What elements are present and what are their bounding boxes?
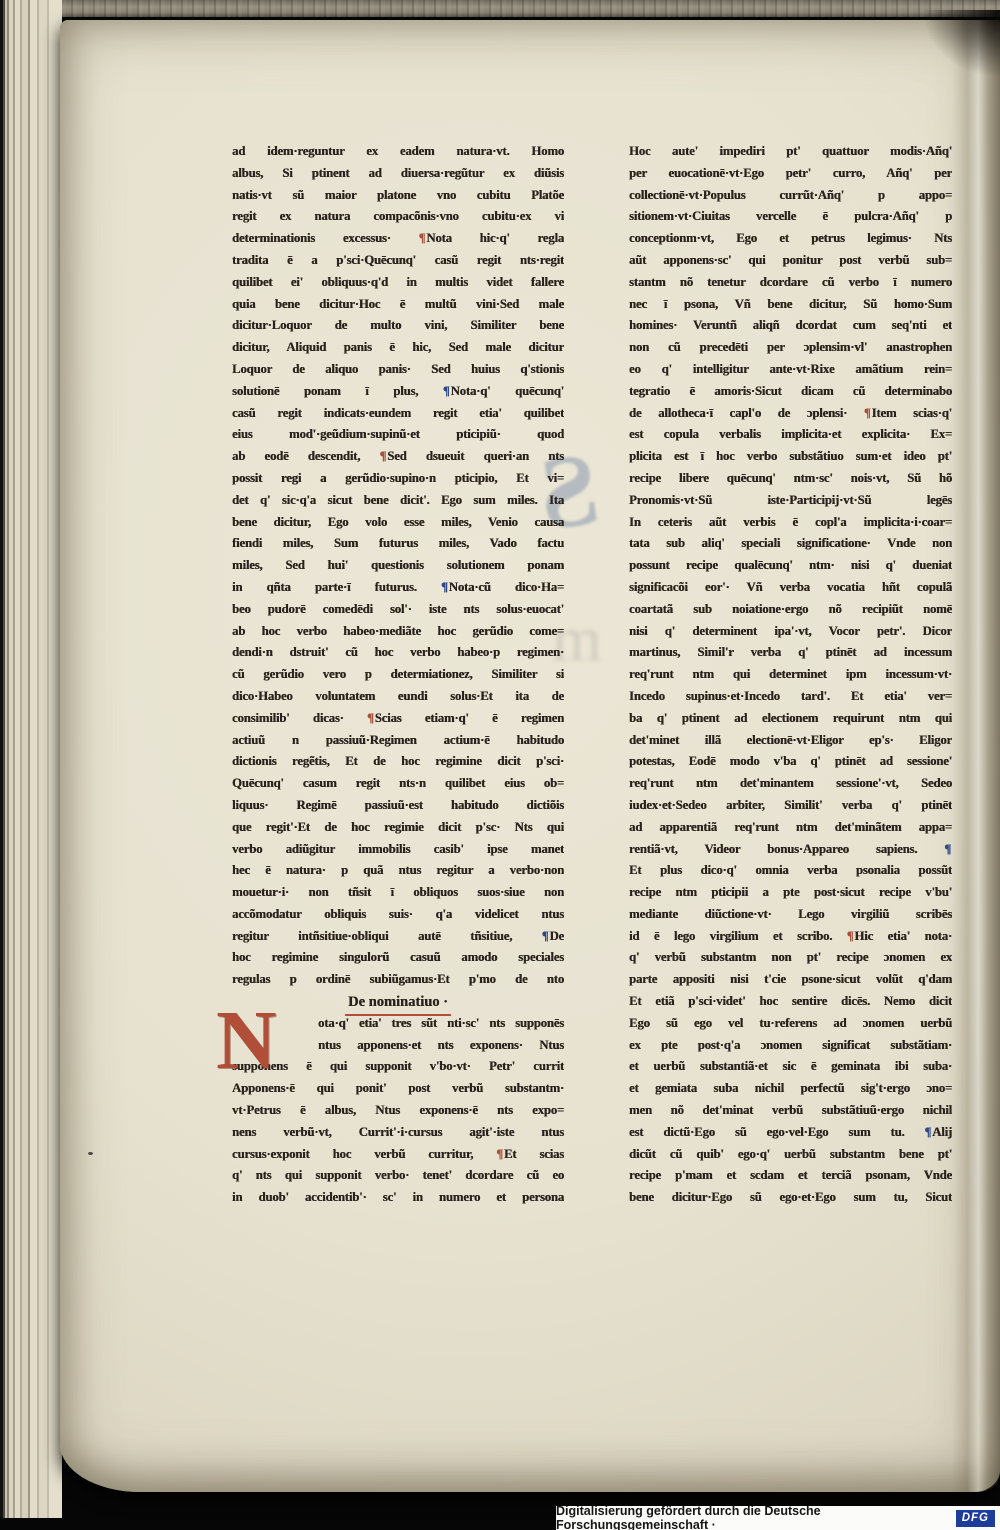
text-line: dicitur·Loquor de multo vini, Similiter …: [232, 315, 564, 337]
text-line: nisi q' determinent ipa'·vt, Vocor petr'…: [629, 621, 952, 643]
text-line: det q' sic·q'a sicut bene dicit'. Ego su…: [232, 490, 564, 512]
text-line: tegratio ē amoris·Sicut dicam cũ determi…: [629, 381, 952, 403]
text-line: quia bene dicitur·Hoc ē multũ vini·Sed m…: [232, 294, 564, 316]
text-line: mouetur·i· non tñsit ī obliquos suos·siu…: [232, 882, 564, 904]
text-line: et uerbũ substantiã·et sic ē geminata ib…: [629, 1056, 952, 1078]
text-line: plicita est ī hoc verbo substãtiuo sum·e…: [629, 446, 952, 468]
text-line: homines· Veruntñ aliqñ dcordat cum seq'n…: [629, 315, 952, 337]
right-column-lines: Hoc aute' impediri pt' quattuor modis·Añ…: [629, 141, 952, 1209]
gutter-fold: [952, 20, 1000, 1492]
illuminated-initial: N: [216, 1005, 308, 1077]
text-line: ba q' ptinent ad electionem requirunt nt…: [629, 708, 952, 730]
text-line: que regit'·Et de hoc regimie dicit p'sc·…: [232, 817, 564, 839]
funding-credit-text: Digitalisierung gefördert durch die Deut…: [556, 1504, 949, 1530]
text-line: consimilib' dicas· ¶Scias etiam·q' ē reg…: [232, 708, 564, 730]
dfg-logo: DFG: [956, 1510, 995, 1527]
text-line: Hoc aute' impediri pt' quattuor modis·Añ…: [629, 141, 952, 163]
text-line: Incedo supinus·et·Incedo tard'. Et etia'…: [629, 686, 952, 708]
blue-pilcrow: ¶: [924, 1125, 932, 1139]
text-line: parte appositi nisi t'cie psone·sicut vo…: [629, 969, 952, 991]
blue-pilcrow: ¶: [542, 929, 550, 943]
manuscript-page: S m ad idem·reguntur ex eadem natura·vt.…: [60, 20, 1000, 1492]
text-line: Apponens·ē qui ponit' post verbũ substan…: [232, 1078, 564, 1100]
text-line: in duob' accidentib'· sc' in numero et p…: [232, 1187, 564, 1209]
text-line: casũ regit indicats·eundem regit etia' q…: [232, 403, 564, 425]
text-line: bene dicitur·Ego sũ ego·et·Ego sum tu, S…: [629, 1187, 952, 1209]
text-line: cũ gerũdio vero p determiationez, Simili…: [232, 664, 564, 686]
text-line: martinus, Simil'r verba q' ptinēt ad inc…: [629, 642, 952, 664]
text-line: cursus·exponit hoc verbũ curritur, ¶Et s…: [232, 1144, 564, 1166]
text-line: miles, Sed hui' questionis solutionem po…: [232, 555, 564, 577]
text-line: det'minet illã electionē·vt·Eligor ep's·…: [629, 730, 952, 752]
text-line: verbo adiũgitur immobilis casib' ipse ma…: [232, 839, 564, 861]
ink-speck: [88, 1152, 93, 1155]
text-line: aũt apponens·sc' qui ponitur post verbũ …: [629, 250, 952, 272]
text-line: per euocationē·vt·Ego petr' curro, Añq' …: [629, 163, 952, 185]
binding-shadow: [920, 10, 1000, 80]
red-pilcrow: ¶: [380, 449, 388, 463]
text-line: beo pudorē comedēdi sol'· iste nts solus…: [232, 599, 564, 621]
red-pilcrow: ¶: [496, 1147, 504, 1161]
book-scan: S m ad idem·reguntur ex eadem natura·vt.…: [0, 0, 1000, 1530]
dfg-funding-bar: Digitalisierung gefördert durch die Deut…: [556, 1506, 1000, 1530]
text-line: est copula verbalis implicita·et explici…: [629, 424, 952, 446]
text-line: hoc regimine singulorũ casuũ amodo speci…: [232, 947, 564, 969]
text-line: accõmodatur obliquis suis· q'a videlicet…: [232, 904, 564, 926]
text-line: nec ī psona, Vñ bene dicitur, Sũ homo·Su…: [629, 294, 952, 316]
text-line: conceptionm·vt, Ego et petrus legimus· N…: [629, 228, 952, 250]
text-column-right: Hoc aute' impediri pt' quattuor modis·Añ…: [629, 141, 952, 1209]
text-line: req'runt ntm qui determinet ipm incessum…: [629, 664, 952, 686]
book-top-edge: [16, 0, 1000, 17]
text-line: ntus apponens·et nts exponens· Ntus: [318, 1035, 564, 1057]
text-line: albus, Si ptinent ad diuersa·regũtur ex …: [232, 163, 564, 185]
text-line: ab hoc verbo habeo·mediãte hoc gerũdio c…: [232, 621, 564, 643]
blue-pilcrow: ¶: [944, 842, 952, 856]
text-line: stantm nõ tenetur dcordare cũ verbo ī nu…: [629, 272, 952, 294]
initial-block: N ota·q' etia' tres sũt nti·sc' nts supp…: [232, 1013, 564, 1057]
text-line: possunt recipe qualēcunq' ntm· nisi q' d…: [629, 555, 952, 577]
text-line: Pronomis·vt·Sũ iste·Participij·vt·Sũ leg…: [629, 490, 952, 512]
text-line: dicũt cũ quib' ego·q' uerbũ substantm be…: [629, 1144, 952, 1166]
text-line: bene dicitur, Ego volo esse miles, Venio…: [232, 512, 564, 534]
text-line: recipe p'mam et scdam et terciã psonam, …: [629, 1165, 952, 1187]
text-line: men nõ det'minat verbũ substãtiuũ·ergo n…: [629, 1100, 952, 1122]
text-line: significacõi eor'· Vñ verba vocatia hñt …: [629, 577, 952, 599]
text-line: determinationis excessus· ¶Nota hic·q' r…: [232, 228, 564, 250]
text-line: ad apparentiã req'runt ntm det'minãtem a…: [629, 817, 952, 839]
text-line: regitur intñsitiue·obliqui autē tñsitiue…: [232, 926, 564, 948]
text-line: q' nts qui supponit verbo· tenet' dcorda…: [232, 1165, 564, 1187]
text-line: hec ē natura· p quã ntus regitur a verbo…: [232, 860, 564, 882]
text-line: sitionem·vt·Ciuitas vercelle ē pulcra·Añ…: [629, 206, 952, 228]
text-line: in qñta parte·ī futurus. ¶Nota·cũ dico·H…: [232, 577, 564, 599]
text-line: regit ex natura compacõnis·vno cubitu·ex…: [232, 206, 564, 228]
text-line: id ē lego virgilium et scribo. ¶Hic etia…: [629, 926, 952, 948]
text-line: actiuũ n passiuũ·Regimen actium·ē habitu…: [232, 730, 564, 752]
red-pilcrow: ¶: [367, 711, 375, 725]
text-line: tradita ē a p'sci·Quēcunq' casũ regit nt…: [232, 250, 564, 272]
text-line: rentiã·vt, Videor bonus·Appareo sapiens.…: [629, 839, 952, 861]
text-column-left: ad idem·reguntur ex eadem natura·vt. Hom…: [232, 141, 564, 1209]
text-line: Et plus dico·q' omnia verba psonalia pos…: [629, 860, 952, 882]
text-line: dendi·n dstruit' cũ hoc verbo habeo·p re…: [232, 642, 564, 664]
text-line: et gemiata suba nichil perfectũ sig't·er…: [629, 1078, 952, 1100]
text-line: est dictũ·Ego sũ ego·vel·Ego sum tu. ¶Al…: [629, 1122, 952, 1144]
text-line: recipe libere quēcunq' ntm·sc' nois·vt, …: [629, 468, 952, 490]
text-line: quilibet ei' obliquus·q'd in multis vide…: [232, 272, 564, 294]
text-line: possit regi a gerũdio·supino·n pticipio,…: [232, 468, 564, 490]
text-line: dicitur, Aliquid panis ē hic, Sed male d…: [232, 337, 564, 359]
blue-pilcrow: ¶: [441, 580, 449, 594]
text-line: In ceteris aũt verbis ē copl'a implicita…: [629, 512, 952, 534]
left-column-lines: ad idem·reguntur ex eadem natura·vt. Hom…: [232, 141, 564, 991]
text-line: Loquor de aliquo panis· Sed huius q'stio…: [232, 359, 564, 381]
text-line: Quēcunq' casum regit nts·n quilibet eius…: [232, 773, 564, 795]
text-line: q' verbũ substantm non pt' recipe ɔnomen…: [629, 947, 952, 969]
text-line: potestas, Eodē modo v'ba q' ptinēt ad se…: [629, 751, 952, 773]
text-line: iudex·et·Sedeo arbiter, Similit' verba q…: [629, 795, 952, 817]
text-line: eo q' intelligitur ante·vt·Rixe amãtium …: [629, 359, 952, 381]
text-line: solutionē ponam ī plus, ¶Nota·q' quēcunq…: [232, 381, 564, 403]
red-pilcrow: ¶: [419, 231, 427, 245]
text-line: collectionē·vt·Populus currũt·Añq' p app…: [629, 185, 952, 207]
text-line: natis·vt sũ maior platone vno cubitu Pla…: [232, 185, 564, 207]
text-line: liquus· Regimē passiuũ·est habitudo dict…: [232, 795, 564, 817]
text-line: ota·q' etia' tres sũt nti·sc' nts suppon…: [318, 1013, 564, 1035]
text-line: nens verbũ·vt, Currit'·i·cursus agit'·is…: [232, 1122, 564, 1144]
text-line: non cũ precedēti per ɔplensim·vl' anastr…: [629, 337, 952, 359]
text-line: de allotheca·ī capl'o de ɔplensi· ¶Item …: [629, 403, 952, 425]
text-line: eius mod'·geũdium·supinũ·et pticipiũ· qu…: [232, 424, 564, 446]
book-page-edges: [0, 0, 62, 1518]
left-column-lines-after: supponens ē qui supponit v'bo·vt· Petr' …: [232, 1056, 564, 1209]
text-line: vt·Petrus ē albus, Ntus exponens·ē nts e…: [232, 1100, 564, 1122]
text-line: regulas p ordinē subiũgamus·Et p'mo de n…: [232, 969, 564, 991]
blue-pilcrow: ¶: [443, 384, 451, 398]
text-line: dico·Habeo voluntatem eundi solus·Et ita…: [232, 686, 564, 708]
text-line: ad idem·reguntur ex eadem natura·vt. Hom…: [232, 141, 564, 163]
text-line: ex pte post·q'a ɔnomen significat substã…: [629, 1035, 952, 1057]
text-line: coartatã sub noiatione·ergo nõ recipiũt …: [629, 599, 952, 621]
text-line: mediante diũctione·vt· Lego virgiliũ scr…: [629, 904, 952, 926]
text-line: dictionis regẽtis, Et de hoc regimine di…: [232, 751, 564, 773]
text-line: ab eodē descendit, ¶Sed dsueuit queri·an…: [232, 446, 564, 468]
text-line: Ego sũ ego vel tu·referens ad ɔnomen uer…: [629, 1013, 952, 1035]
text-line: req'runt ntm det'minantem sessione'·vt, …: [629, 773, 952, 795]
text-line: Et etiã p'sci·videt' hoc sentire dicēs. …: [629, 991, 952, 1013]
red-pilcrow: ¶: [847, 929, 855, 943]
red-pilcrow: ¶: [864, 406, 872, 420]
text-line: fiendi miles, Sum futurus miles, Vado fa…: [232, 533, 564, 555]
text-line: tata sub aliq' speciali significatione· …: [629, 533, 952, 555]
text-line: recipe ntm pticipii a pte post·sicut rec…: [629, 882, 952, 904]
